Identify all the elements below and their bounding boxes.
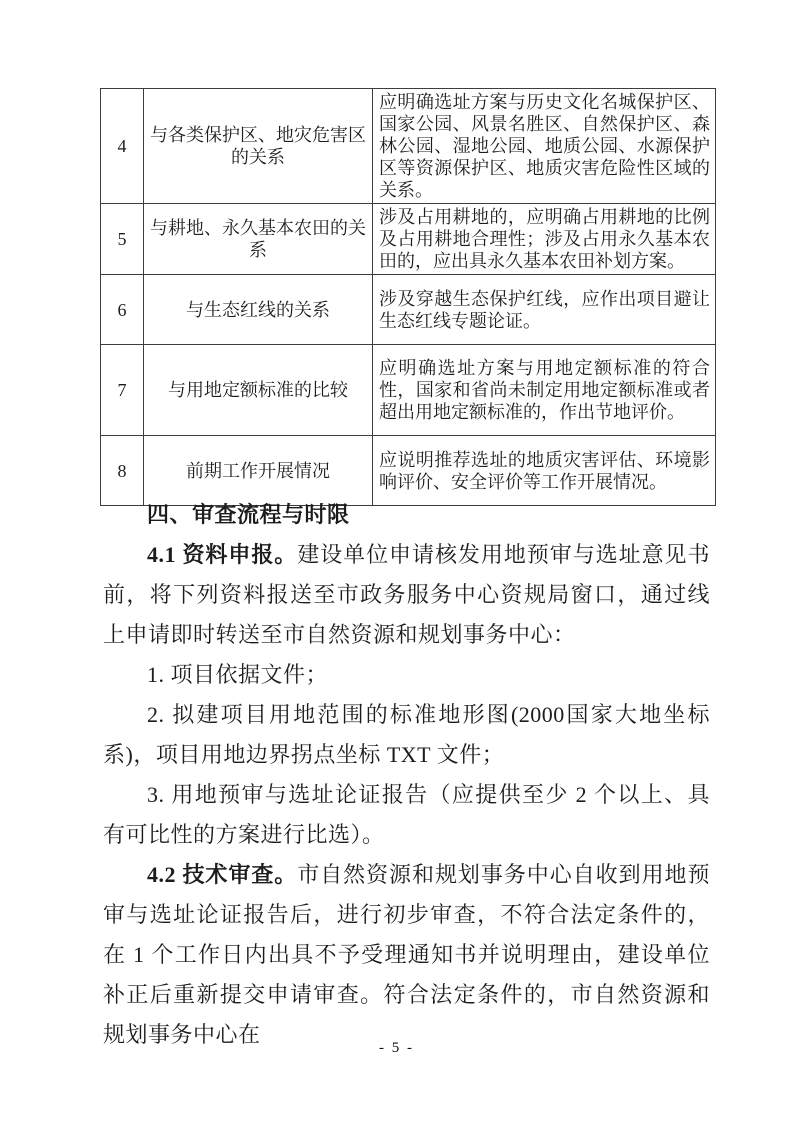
- row-number-cell: 7: [101, 345, 144, 436]
- list-item-2: 2. 拟建项目用地范围的标准地形图(2000国家大地坐标系)，项目用地边界拐点坐…: [103, 695, 710, 775]
- table-row: 4 与各类保护区、地灾危害区的关系 应明确选址方案与历史文化名城保护区、国家公园…: [101, 89, 716, 204]
- list-item-3: 3. 用地预审与选址论证报告（应提供至少 2 个以上、具有可比性的方案进行比选）…: [103, 775, 710, 855]
- table-row: 7 与用地定额标准的比较 应明确选址方案与用地定额标准的符合性，国家和省尚未制定…: [101, 345, 716, 436]
- paragraph-4-1: 4.1 资料申报。建设单位申请核发用地预审与选址意见书前，将下列资料报送至市政务…: [103, 535, 710, 655]
- section-heading: 四、审查流程与时限: [103, 495, 710, 535]
- row-number-cell: 4: [101, 89, 144, 204]
- paragraph-4-1-lead: 4.1 资料申报。: [147, 542, 297, 567]
- item-desc-cell: 应明确选址方案与用地定额标准的符合性，国家和省尚未制定用地定额标准或者超出用地定…: [373, 345, 716, 436]
- document-body: 四、审查流程与时限 4.1 资料申报。建设单位申请核发用地预审与选址意见书前，将…: [103, 495, 710, 1055]
- list-item-1: 1. 项目依据文件；: [103, 655, 710, 695]
- item-name-cell: 与各类保护区、地灾危害区的关系: [144, 89, 373, 204]
- paragraph-4-2: 4.2 技术审查。市自然资源和规划事务中心自收到用地预审与选址论证报告后，进行初…: [103, 855, 710, 1055]
- item-name-cell: 与耕地、永久基本农田的关系: [144, 204, 373, 275]
- paragraph-4-2-text: 市自然资源和规划事务中心自收到用地预审与选址论证报告后，进行初步审查，不符合法定…: [103, 862, 710, 1047]
- item-desc-cell: 涉及穿越生态保护红线，应作出项目避让生态红线专题论证。: [373, 275, 716, 345]
- table-row: 6 与生态红线的关系 涉及穿越生态保护红线，应作出项目避让生态红线专题论证。: [101, 275, 716, 345]
- review-points-table: 4 与各类保护区、地灾危害区的关系 应明确选址方案与历史文化名城保护区、国家公园…: [100, 88, 716, 506]
- document-page: 4 与各类保护区、地灾危害区的关系 应明确选址方案与历史文化名城保护区、国家公园…: [0, 0, 793, 1122]
- row-number-cell: 5: [101, 204, 144, 275]
- item-name-cell: 与生态红线的关系: [144, 275, 373, 345]
- table-row: 5 与耕地、永久基本农田的关系 涉及占用耕地的，应明确占用耕地的比例及占用耕地合…: [101, 204, 716, 275]
- item-desc-cell: 涉及占用耕地的，应明确占用耕地的比例及占用耕地合理性；涉及占用永久基本农田的，应…: [373, 204, 716, 275]
- item-name-cell: 与用地定额标准的比较: [144, 345, 373, 436]
- page-number: - 5 -: [0, 1040, 793, 1057]
- row-number-cell: 6: [101, 275, 144, 345]
- paragraph-4-2-lead: 4.2 技术审查。: [147, 862, 297, 887]
- item-desc-cell: 应明确选址方案与历史文化名城保护区、国家公园、风景名胜区、自然保护区、森林公园、…: [373, 89, 716, 204]
